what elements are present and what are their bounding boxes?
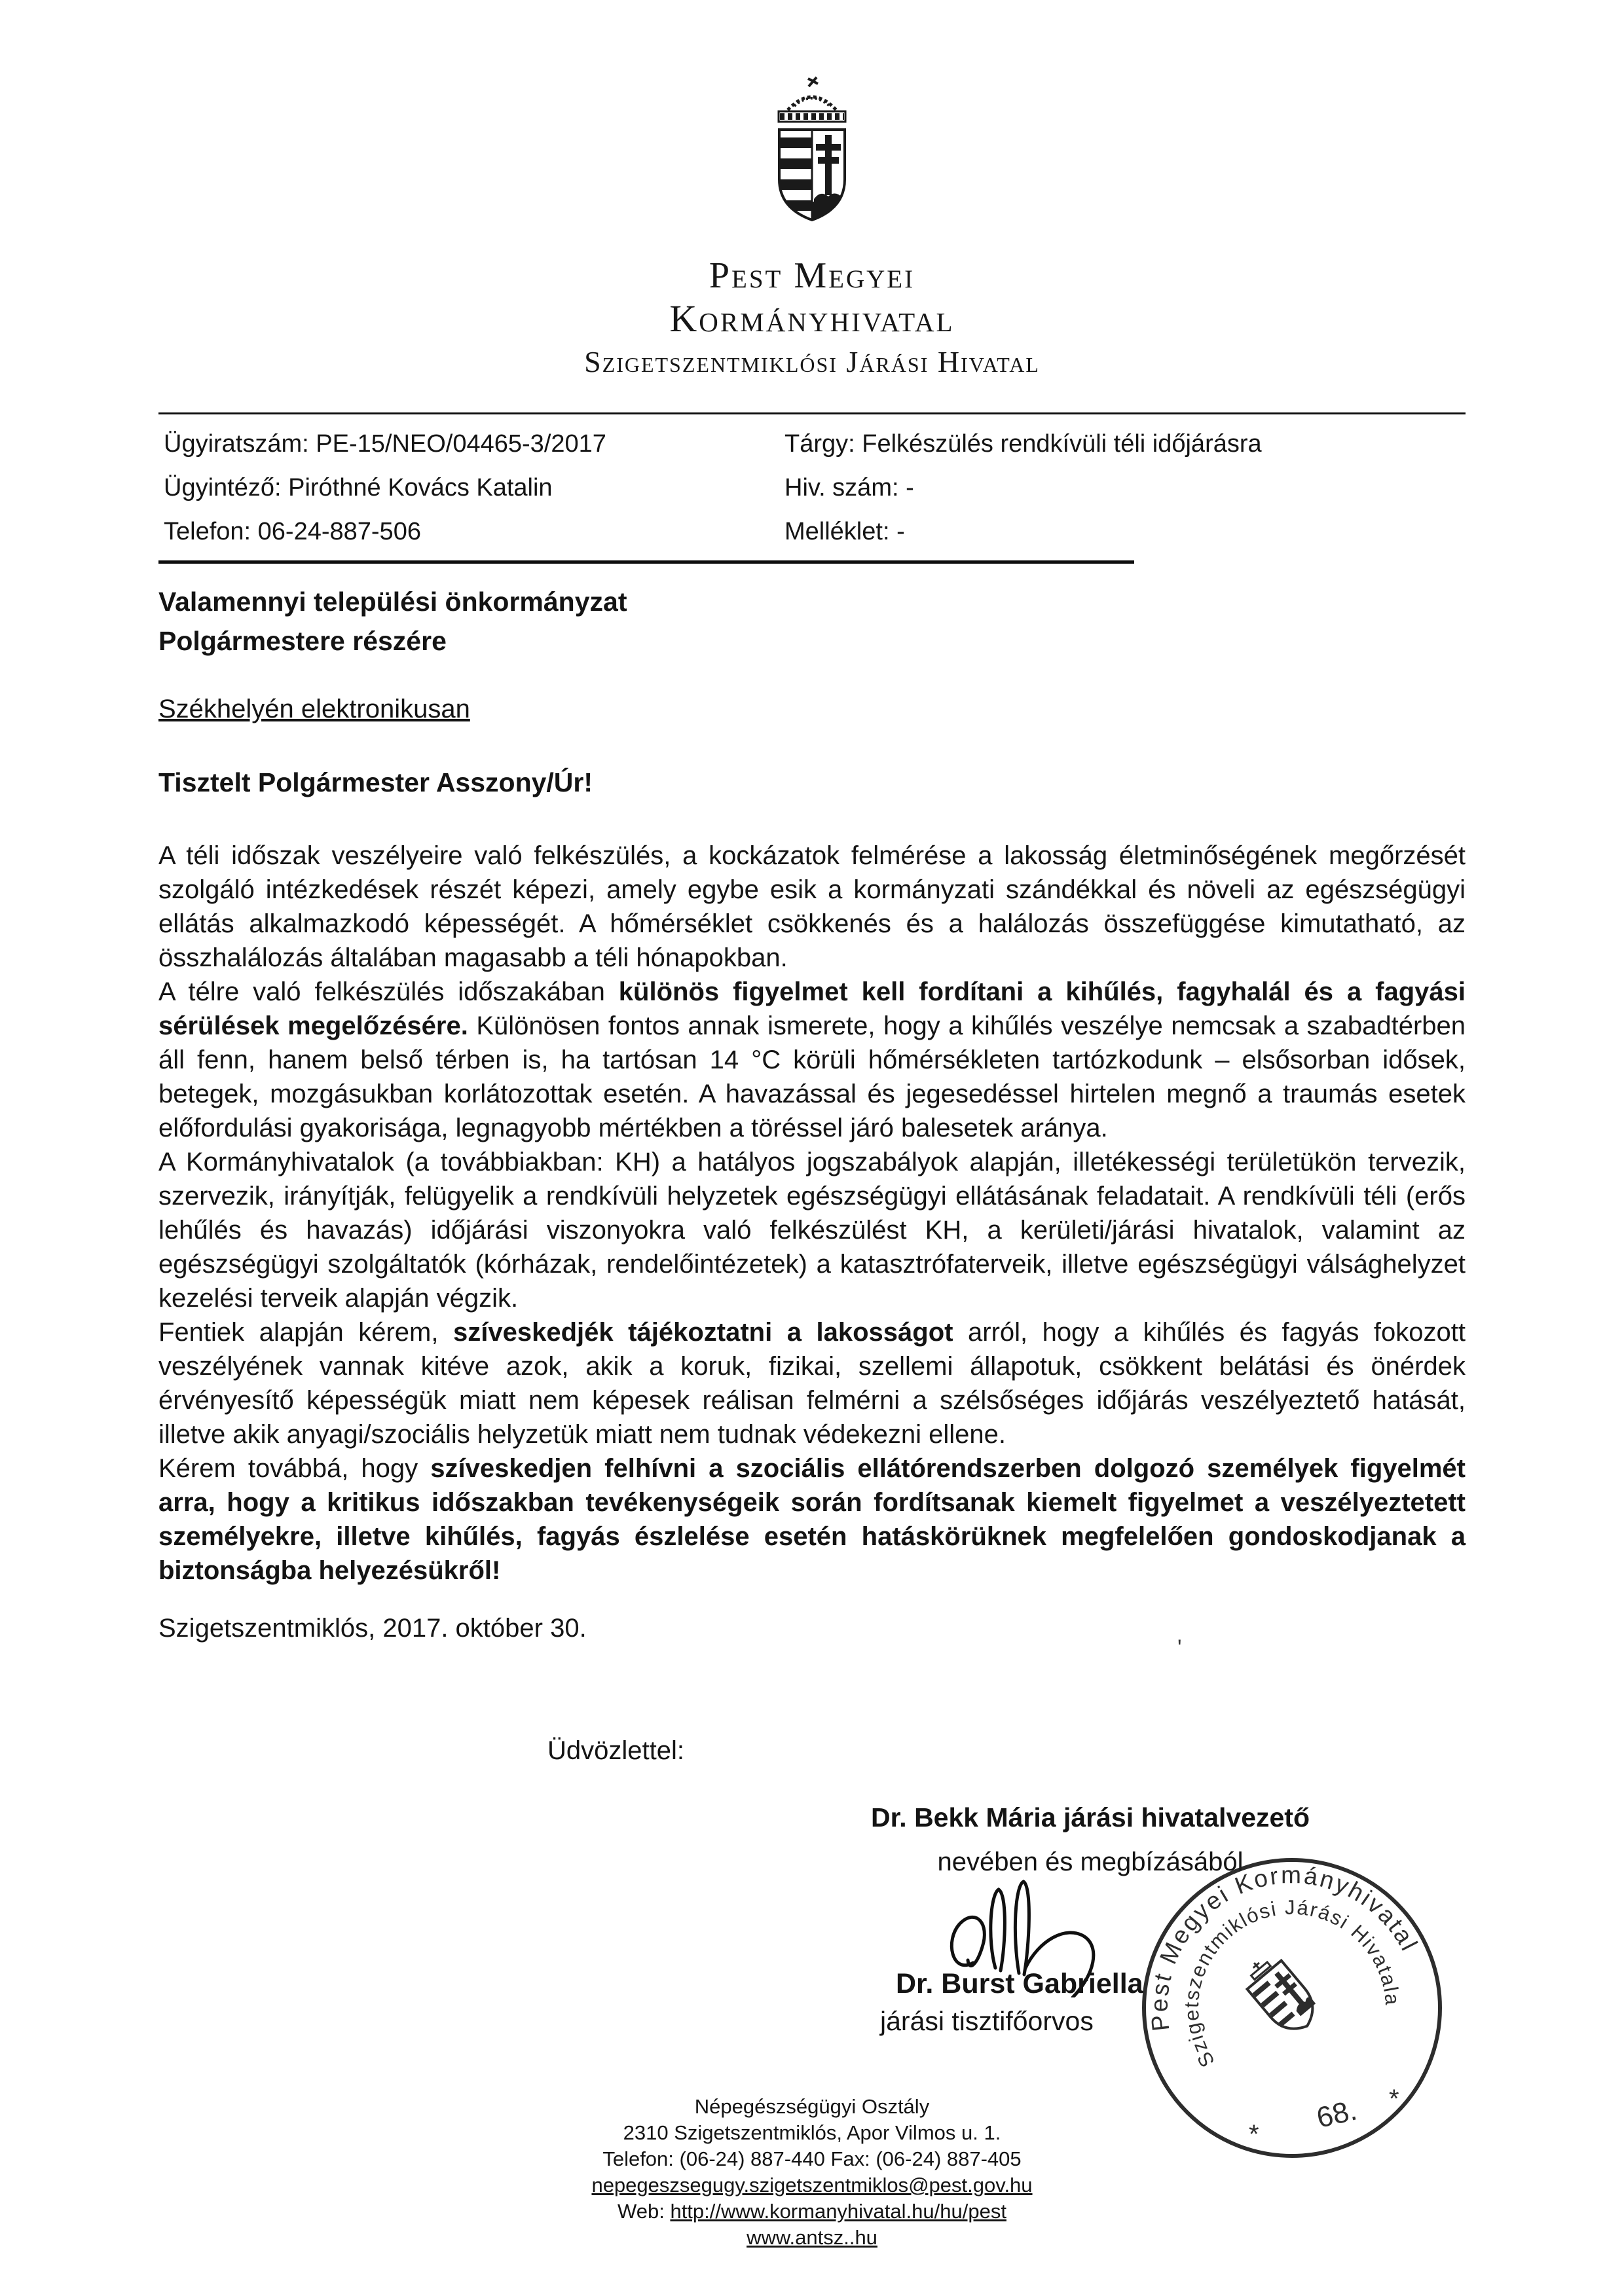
scanned-letter-page: Pest Megyei Kormányhivatal Szigetszentmi… bbox=[0, 0, 1624, 2296]
body-text-segment: A Kormányhivatalok (a továbbiakban: KH) … bbox=[158, 1148, 1466, 1313]
recipient-line2: Polgármestere részére bbox=[158, 621, 1466, 661]
scan-artifact: ' bbox=[1177, 1635, 1182, 1661]
body-paragraph-3: A Kormányhivatalok (a továbbiakban: KH) … bbox=[158, 1145, 1466, 1315]
footer-phone-fax: Telefon: (06-24) 887-440 Fax: (06-24) 88… bbox=[0, 2146, 1624, 2172]
recipient-block: Valamennyi települési önkormányzat Polgá… bbox=[158, 582, 1466, 661]
case-number-row: Ügyiratszám: PE-15/NEO/04465-3/2017 bbox=[164, 422, 784, 466]
dateline: Szigetszentmiklós, 2017. október 30. bbox=[158, 1614, 1466, 1643]
info-column-left: Ügyiratszám: PE-15/NEO/04465-3/2017 Ügyi… bbox=[164, 422, 784, 554]
subject-label: Tárgy: bbox=[784, 430, 855, 458]
info-column-right: Tárgy: Felkészülés rendkívüli téli időjá… bbox=[784, 422, 1460, 554]
salutation: Tisztelt Polgármester Asszony/Úr! bbox=[158, 767, 1466, 798]
signer-name: Dr. Burst Gabriella bbox=[896, 1968, 1143, 2000]
body-text-segment: Fentiek alapján kérem, bbox=[158, 1318, 453, 1347]
org-name-line2: Kormányhivatal bbox=[0, 296, 1624, 342]
case-number-label: Ügyiratszám: bbox=[164, 430, 309, 458]
subject-row: Tárgy: Felkészülés rendkívüli téli időjá… bbox=[784, 422, 1460, 466]
subject-value: Felkészülés rendkívüli téli időjárásra bbox=[862, 430, 1261, 458]
case-number-value: PE-15/NEO/04465-3/2017 bbox=[316, 430, 606, 458]
attachment-value: - bbox=[896, 518, 905, 545]
clerk-label: Ügyintéző: bbox=[164, 474, 282, 501]
phone-value: 06-24-887-506 bbox=[258, 518, 421, 545]
body-text-segment: A téli időszak veszélyeire való felkészü… bbox=[158, 841, 1466, 972]
phone-label: Telefon: bbox=[164, 518, 251, 545]
footer-department: Népegészségügyi Osztály bbox=[0, 2094, 1624, 2120]
divider-bottom bbox=[158, 560, 1134, 564]
delivery-method: Székhelyén elektronikusan bbox=[158, 695, 1466, 724]
footer-web-label: Web: bbox=[618, 2200, 670, 2223]
body-text-segment: Kérem továbbá, hogy bbox=[158, 1454, 430, 1483]
ref-number-row: Hiv. szám: - bbox=[784, 466, 1460, 510]
clerk-value: Piróthné Kovács Katalin bbox=[288, 474, 552, 501]
clerk-row: Ügyintéző: Piróthné Kovács Katalin bbox=[164, 466, 784, 510]
org-name-line1: Pest Megyei bbox=[0, 255, 1624, 296]
org-name-line3: Szigetszentmiklósi Járási Hivatal bbox=[0, 342, 1624, 382]
ref-number-value: - bbox=[906, 474, 914, 501]
signer-title: járási tisztifőorvos bbox=[880, 2006, 1094, 2037]
attachment-label: Melléklet: bbox=[784, 518, 890, 545]
reference-info-table: Ügyiratszám: PE-15/NEO/04465-3/2017 Ügyi… bbox=[158, 414, 1466, 560]
body-text-segment: A télre való felkészülés időszakában bbox=[158, 977, 619, 1006]
body-text-segment-bold: szíveskedjék tájékoztatni a lakosságot bbox=[453, 1318, 953, 1347]
body-paragraph-4: Fentiek alapján kérem, szíveskedjék tájé… bbox=[158, 1315, 1466, 1451]
footer-web-url: http://www.kormanyhivatal.hu/hu/pest bbox=[670, 2200, 1006, 2223]
attachment-row: Melléklet: - bbox=[784, 510, 1460, 554]
closing-salute: Üdvözlettel: bbox=[547, 1736, 684, 1766]
phone-row: Telefon: 06-24-887-506 bbox=[164, 510, 784, 554]
footer-web-line: Web: http://www.kormanyhivatal.hu/hu/pes… bbox=[0, 2198, 1624, 2225]
body-paragraph-2: A télre való felkészülés időszakában kül… bbox=[158, 975, 1466, 1145]
body-paragraph-5: Kérem továbbá, hogy szíveskedjen felhívn… bbox=[158, 1451, 1466, 1588]
ref-number-label: Hiv. szám: bbox=[784, 474, 899, 501]
footer-email: nepegeszsegugy.szigetszentmiklos@pest.go… bbox=[0, 2172, 1624, 2198]
hungarian-coat-of-arms-icon bbox=[768, 73, 856, 238]
letterhead: Pest Megyei Kormányhivatal Szigetszentmi… bbox=[0, 0, 1624, 382]
footer-portal-url: www.antsz..hu bbox=[0, 2225, 1624, 2251]
letter-body: A téli időszak veszélyeire való felkészü… bbox=[158, 839, 1466, 1588]
body-paragraph-1: A téli időszak veszélyeire való felkészü… bbox=[158, 839, 1466, 975]
on-behalf-name: Dr. Bekk Mária járási hivatalvezető bbox=[753, 1795, 1428, 1840]
footer-block: Népegészségügyi Osztály 2310 Szigetszent… bbox=[0, 2094, 1624, 2251]
stamp-coat-of-arms-icon bbox=[1237, 1948, 1324, 2040]
recipient-line1: Valamennyi települési önkormányzat bbox=[158, 582, 1466, 621]
footer-address: 2310 Szigetszentmiklós, Apor Vilmos u. 1… bbox=[0, 2120, 1624, 2146]
